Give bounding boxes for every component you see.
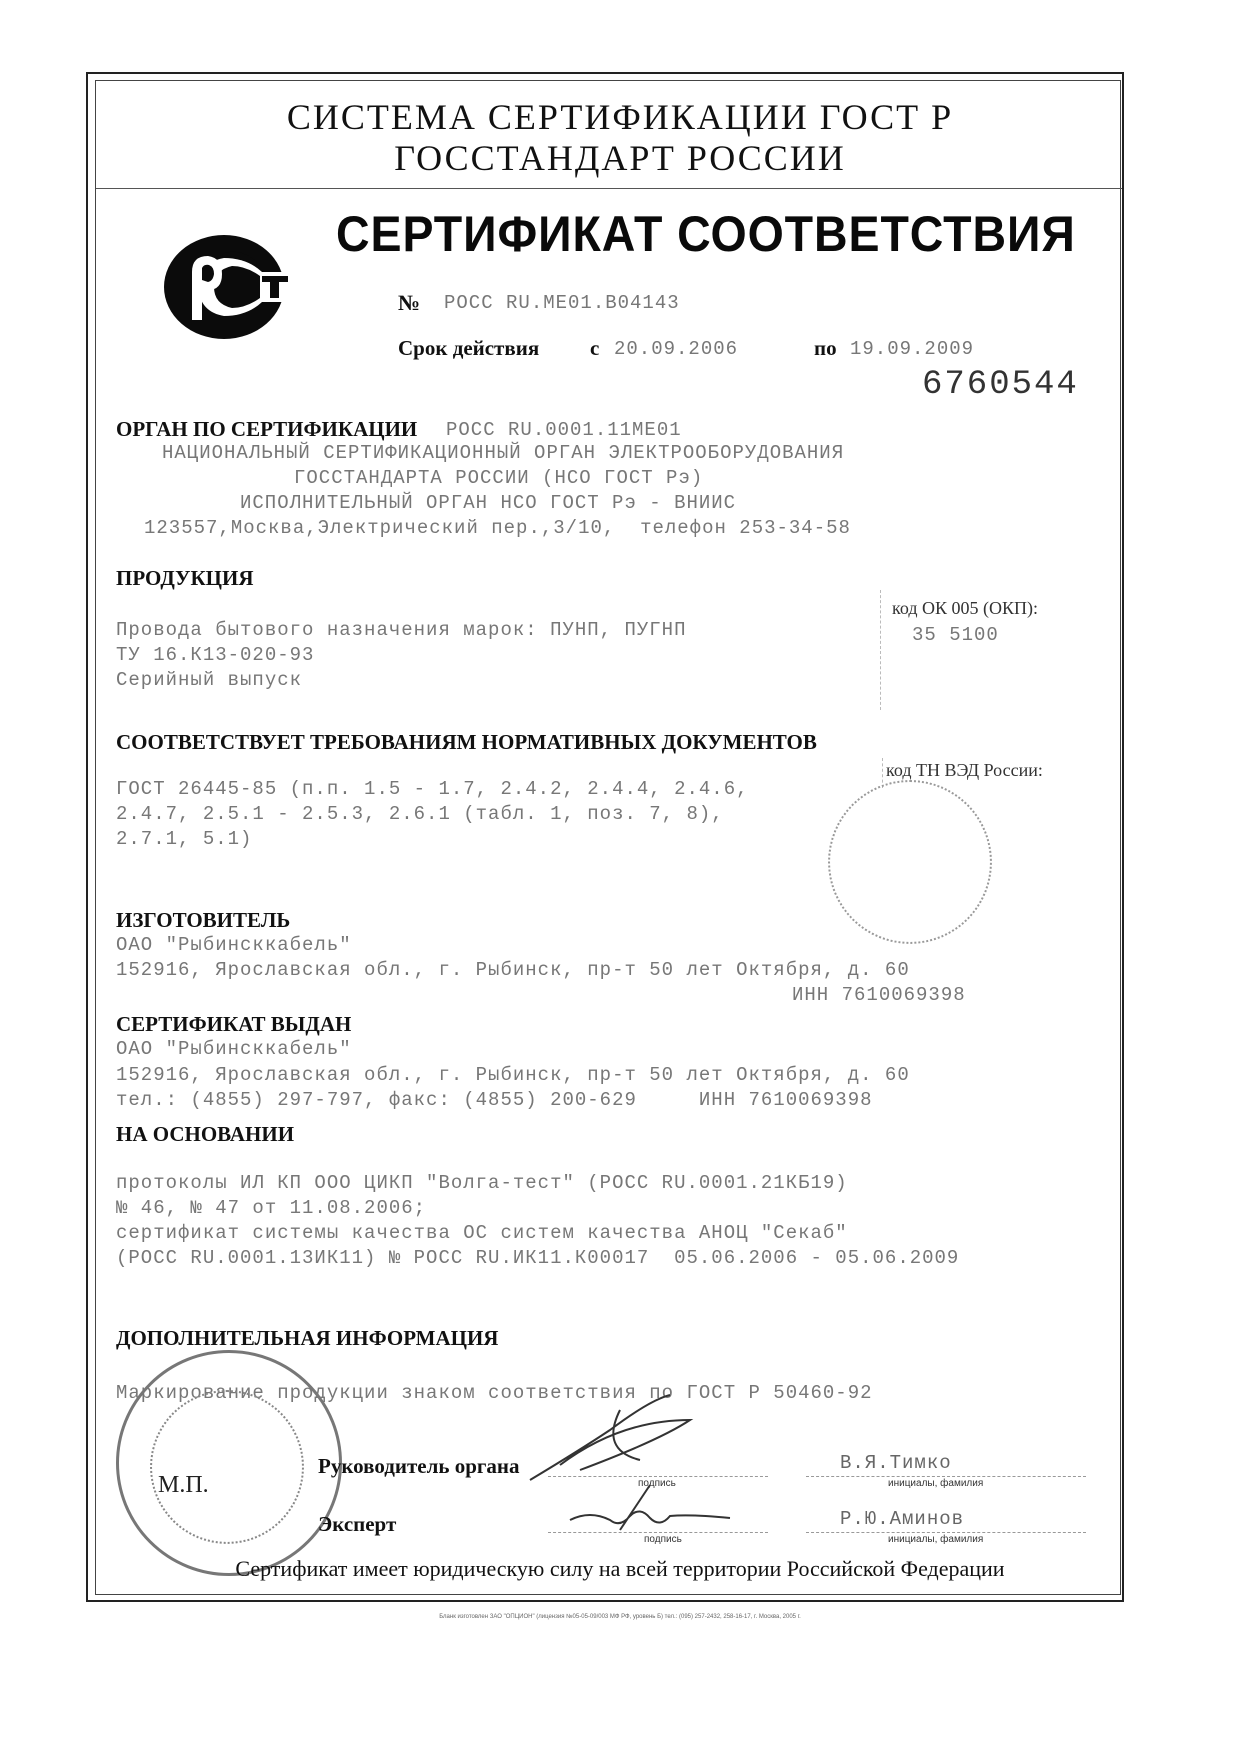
head-role-label: Руководитель органа: [318, 1454, 520, 1479]
valid-to-label: по: [814, 336, 837, 361]
header-divider: [96, 188, 1122, 189]
certification-body-code: РОСС RU.0001.11МЕ01: [446, 419, 682, 441]
official-seal-inner-ring: [150, 1390, 304, 1544]
valid-from-date: 20.09.2006: [614, 338, 738, 360]
head-signature-icon: [520, 1390, 700, 1490]
rst-conformity-mark-icon: [162, 232, 302, 342]
certification-body-line: ИСПОЛНИТЕЛЬНЫЙ ОРГАН НСО ГОСТ Рэ - ВНИИС: [240, 492, 736, 514]
basis-line: сертификат системы качества ОС систем ка…: [116, 1222, 848, 1244]
certification-body-label: ОРГАН ПО СЕРТИФИКАЦИИ: [116, 417, 417, 442]
product-line: ТУ 16.К13-020-93: [116, 644, 314, 666]
tnved-code-label: код ТН ВЭД России:: [886, 760, 1043, 781]
manufacturer-label: ИЗГОТОВИТЕЛЬ: [116, 908, 290, 933]
head-name-caption: инициалы, фамилия: [888, 1478, 983, 1489]
product-label: ПРОДУКЦИЯ: [116, 566, 254, 591]
manufacturer-line: ОАО "Рыбинсккабель": [116, 934, 352, 956]
conformity-label: СООТВЕТСТВУЕТ ТРЕБОВАНИЯМ НОРМАТИВНЫХ ДО…: [116, 730, 817, 755]
product-line: Провода бытового назначения марок: ПУНП,…: [116, 619, 687, 641]
system-title-line2: ГОССТАНДАРТ РОССИИ: [0, 137, 1240, 179]
head-signature-line: [548, 1476, 768, 1477]
head-name-line: [806, 1476, 1086, 1477]
okp-code-label: код ОК 005 (ОКП):: [892, 598, 1038, 619]
blank-printing-note: Бланк изготовлен ЗАО "ОПЦИОН" (лицензия …: [0, 1614, 1240, 1620]
valid-to-date: 19.09.2009: [850, 338, 974, 360]
head-name: В.Я.Тимко: [840, 1452, 952, 1474]
product-line: Серийный выпуск: [116, 669, 302, 691]
expert-signature-caption: подпись: [644, 1534, 682, 1545]
conformity-line: ГОСТ 26445-85 (п.п. 1.5 - 1.7, 2.4.2, 2.…: [116, 778, 749, 800]
system-title-line1: СИСТЕМА СЕРТИФИКАЦИИ ГОСТ Р: [0, 96, 1240, 138]
basis-label: НА ОСНОВАНИИ: [116, 1122, 294, 1147]
conformity-line: 2.4.7, 2.5.1 - 2.5.3, 2.6.1 (табл. 1, по…: [116, 803, 724, 825]
number-label: №: [398, 290, 420, 316]
basis-line: протоколы ИЛ КП ООО ЦИКП "Волга-тест" (Р…: [116, 1172, 848, 1194]
validity-label: Срок действия: [398, 336, 539, 361]
seal-stamp-icon: [828, 780, 992, 944]
issued-to-label: СЕРТИФИКАТ ВЫДАН: [116, 1012, 351, 1037]
additional-info-label: ДОПОЛНИТЕЛЬНАЯ ИНФОРМАЦИЯ: [116, 1326, 498, 1351]
legal-validity-note: Сертификат имеет юридическую силу на все…: [0, 1556, 1240, 1582]
stamp-place-label: М.П.: [158, 1472, 209, 1499]
expert-role-label: Эксперт: [318, 1512, 396, 1537]
okp-divider: [880, 590, 881, 710]
issued-to-line: 152916, Ярославская обл., г. Рыбинск, пр…: [116, 1064, 910, 1086]
certification-body-line: ГОССТАНДАРТА РОССИИ (НСО ГОСТ Рэ): [294, 467, 703, 489]
okp-code-value: 35 5100: [912, 624, 999, 646]
issued-to-line: тел.: (4855) 297-797, факс: (4855) 200-6…: [116, 1089, 873, 1111]
manufacturer-line: ИНН 7610069398: [792, 984, 966, 1006]
certification-body-line: 123557,Москва,Электрический пер.,3/10, т…: [144, 517, 851, 539]
issued-to-line: ОАО "Рыбинсккабель": [116, 1038, 352, 1060]
manufacturer-line: 152916, Ярославская обл., г. Рыбинск, пр…: [116, 959, 910, 981]
expert-name-caption: инициалы, фамилия: [888, 1534, 983, 1545]
basis-line: (РОСС RU.0001.13ИК11) № РОСС RU.ИК11.К00…: [116, 1247, 959, 1269]
expert-name-line: [806, 1532, 1086, 1533]
expert-signature-line: [548, 1532, 768, 1533]
expert-signature-icon: [560, 1480, 740, 1540]
certificate-number: РОСС RU.МЕ01.В04143: [444, 292, 680, 314]
conformity-line: 2.7.1, 5.1): [116, 828, 252, 850]
certification-body-line: НАЦИОНАЛЬНЫЙ СЕРТИФИКАЦИОННЫЙ ОРГАН ЭЛЕК…: [162, 442, 844, 464]
expert-name: Р.Ю.Аминов: [840, 1508, 964, 1530]
document-title: СЕРТИФИКАТ СООТВЕТСТВИЯ: [336, 205, 1076, 263]
blank-serial-number: 6760544: [922, 366, 1079, 404]
basis-line: № 46, № 47 от 11.08.2006;: [116, 1197, 426, 1219]
valid-from-label: с: [590, 336, 599, 361]
